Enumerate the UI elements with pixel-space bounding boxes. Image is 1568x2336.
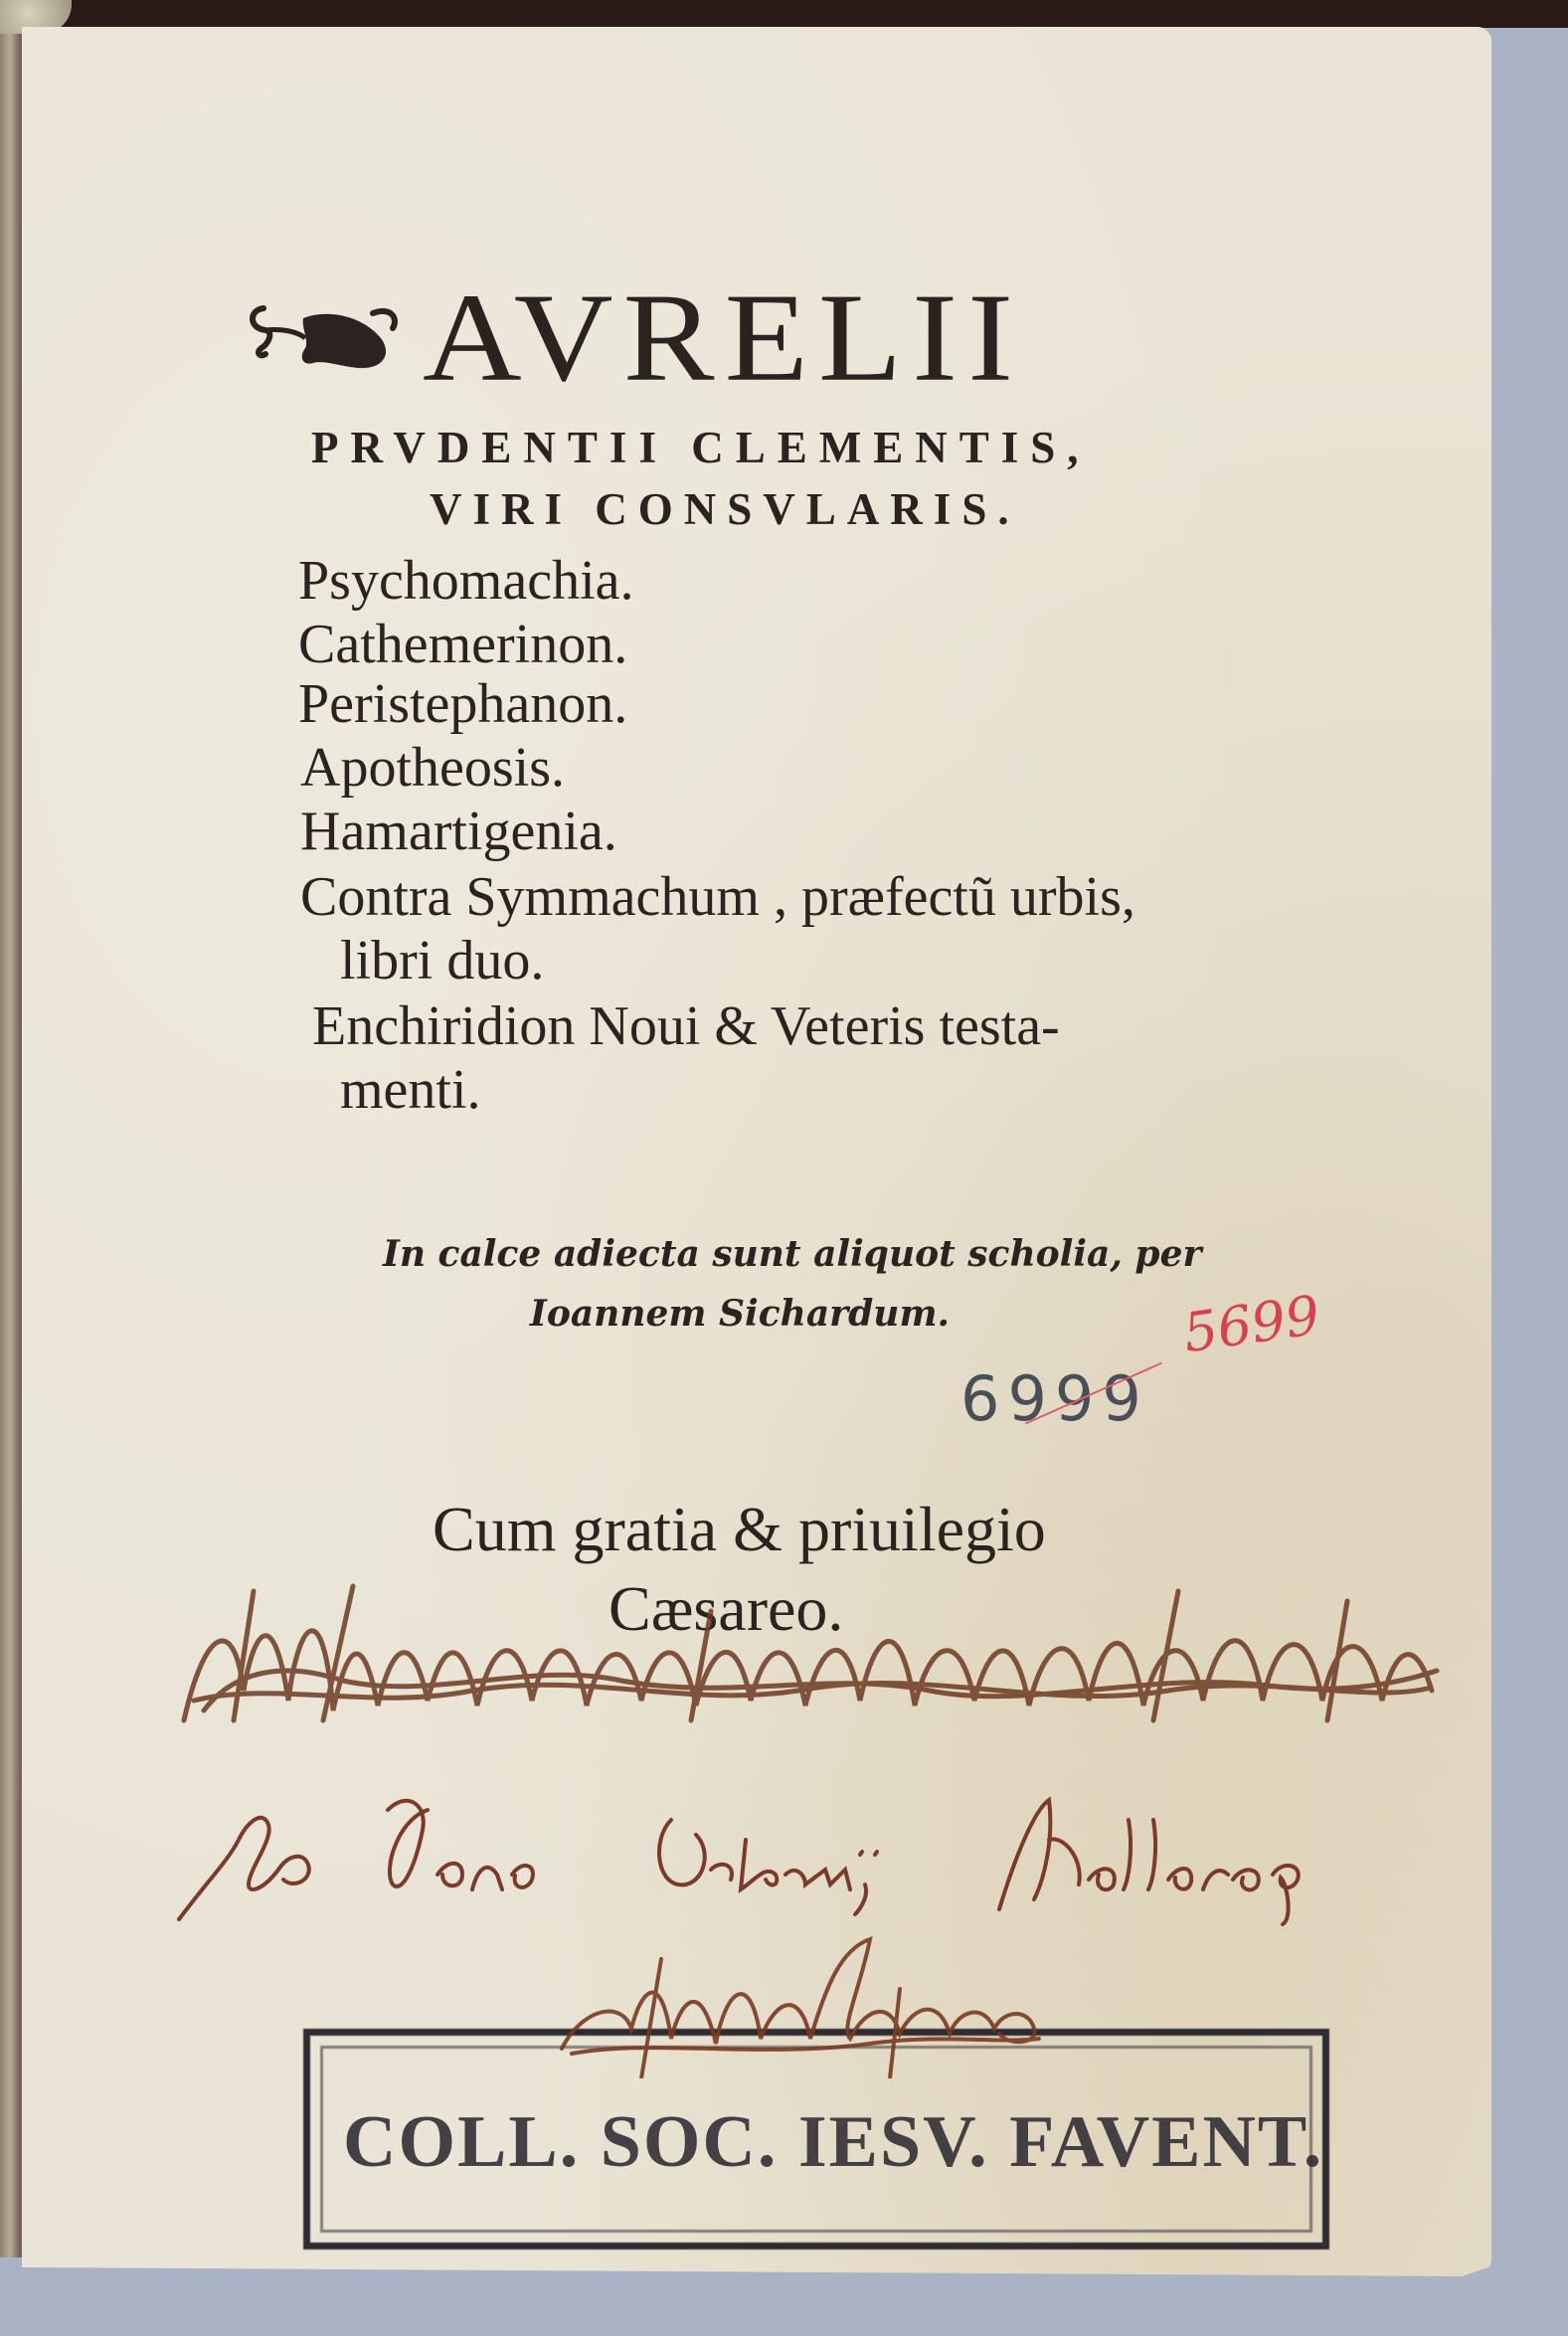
work-title: Contra Symmachum , præfectũ urbis, bbox=[300, 869, 1135, 925]
work-title: Apotheosis. bbox=[300, 740, 565, 796]
fleuron-ornament-icon bbox=[244, 288, 403, 378]
work-title-continuation: menti. bbox=[340, 1062, 481, 1118]
work-title: Peristephanon. bbox=[298, 676, 627, 732]
author-line: PRVDENTII CLEMENTIS, bbox=[311, 426, 1091, 470]
work-title: Psychomachia. bbox=[298, 553, 633, 609]
work-title: Cathemerinon. bbox=[298, 617, 627, 672]
subtitle-line: VIRI CONSVLARIS. bbox=[430, 487, 1020, 532]
main-title: AVRELII bbox=[423, 274, 1023, 401]
library-stamp-text: COLL. SOC. IESV. FAVENT. bbox=[343, 2100, 1323, 2185]
cancelled-word-scribble bbox=[542, 1929, 1059, 2078]
scholia-note-line1: In calce adiecta sunt aliquot scholia, p… bbox=[383, 1236, 1201, 1272]
cancelled-inscription-scribble bbox=[174, 1571, 1447, 1730]
privilege-line1: Cum gratia & priuilegio bbox=[433, 1498, 1046, 1561]
work-title: Enchiridion Noui & Veteris testa- bbox=[312, 998, 1060, 1054]
scholia-note-line2: Ioannem Sichardum. bbox=[530, 1296, 950, 1332]
work-title: Hamartigenia. bbox=[300, 804, 617, 859]
work-title-continuation: libri duo. bbox=[340, 933, 544, 988]
book-cover-edge bbox=[0, 0, 1568, 28]
shelfmark-printed: 6999 bbox=[960, 1362, 1149, 1435]
